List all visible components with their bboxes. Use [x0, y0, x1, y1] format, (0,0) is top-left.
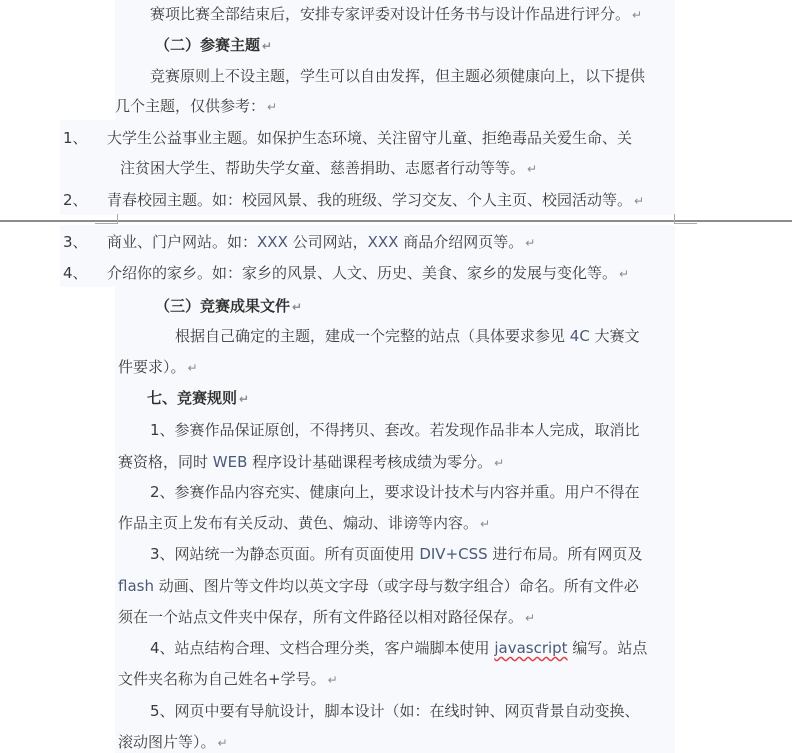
- section-heading-deliverables: （三）竞赛成果文件↵: [155, 296, 302, 317]
- spellcheck-word[interactable]: javascript: [494, 639, 567, 657]
- text: 作品主页上发布有关反动、黄色、煽动、诽谤等内容。: [118, 514, 478, 532]
- list-number: 1、: [63, 128, 88, 148]
- text: 几个主题，仅供参考：: [115, 97, 265, 115]
- paragraph-mark-icon: ↵: [480, 517, 490, 531]
- text: 4、站点结构合理、文档合理分类，客户端脚本使用: [150, 639, 494, 657]
- paragraph-mark-icon: ↵: [494, 456, 504, 470]
- text: 介绍你的家乡。如：家乡的风景、人文、历史、美食、家乡的发展与变化等。: [107, 264, 617, 282]
- crop-mark-right: [674, 223, 697, 224]
- rule-line: 赛资格，同时 WEB 程序设计基础课程考核成绩为零分。↵: [118, 452, 504, 473]
- rule-line: 5、网页中要有导航设计，脚本设计（如：在线时钟、网页背景自动变换、: [150, 701, 640, 721]
- text: 2、参赛作品内容充实、健康向上，要求设计技术与内容并重。用户不得在: [150, 483, 640, 501]
- paragraph-mark-icon: ↵: [262, 39, 272, 53]
- section-heading-rules: 七、竞赛规则↵: [147, 388, 249, 409]
- crop-mark-left: [95, 223, 118, 224]
- text: 赛资格，同时: [118, 453, 213, 471]
- text: 件要求）。: [118, 358, 186, 376]
- text: 进行布局。所有网页及: [488, 545, 643, 563]
- paragraph-line: 件要求）。↵: [118, 357, 198, 378]
- text: 文件夹名称为自己姓名+学号。: [118, 670, 326, 688]
- latin-text: XXX: [368, 233, 399, 251]
- list-number: 3、: [63, 232, 88, 252]
- paragraph-line: 竞赛原则上不设主题，学生可以自由发挥，但主题必须健康向上，以下提供: [150, 66, 645, 86]
- list-item-text: 商业、门户网站。如：XXX 公司网站，XXX 商品介绍网页等。↵: [107, 232, 535, 253]
- paragraph-mark-icon: ↵: [328, 673, 338, 687]
- list-number: 4、: [63, 263, 88, 283]
- latin-text: XXX: [257, 233, 288, 251]
- paragraph-line: 赛项比赛全部结束后，安排专家评委对设计任务书与设计作品进行评分。↵: [150, 4, 642, 25]
- text: 赛项比赛全部结束后，安排专家评委对设计任务书与设计作品进行评分。: [150, 5, 630, 23]
- text: 青春校园主题。如：校园风景、我的班级、学习交友、个人主页、校园活动等。: [107, 191, 632, 209]
- crop-mark-right-v: [674, 214, 675, 224]
- latin-text: WEB: [213, 453, 248, 471]
- text: 1、参赛作品保证原创，不得拷贝、套改。若发现作品非本人完成，取消比: [150, 421, 640, 439]
- latin-text: 4C: [570, 327, 590, 345]
- rule-line: 滚动图片等）。↵: [118, 732, 228, 753]
- section-heading-theme: （二）参赛主题↵: [155, 35, 272, 56]
- text: 5、网页中要有导航设计，脚本设计（如：在线时钟、网页背景自动变换、: [150, 702, 640, 720]
- latin-text: flash: [118, 577, 154, 595]
- paragraph-mark-icon: ↵: [218, 736, 228, 750]
- text: 3、网站统一为静态页面。所有页面使用: [150, 545, 419, 563]
- list-item-text: 青春校园主题。如：校园风景、我的班级、学习交友、个人主页、校园活动等。↵: [107, 190, 644, 211]
- rule-line: 3、网站统一为静态页面。所有页面使用 DIV+CSS 进行布局。所有网页及: [150, 544, 642, 564]
- text: 滚动图片等）。: [118, 733, 216, 751]
- paragraph-mark-icon: ↵: [239, 392, 249, 406]
- text: 商品介绍网页等。: [398, 233, 523, 251]
- rule-line: 1、参赛作品保证原创，不得拷贝、套改。若发现作品非本人完成，取消比: [150, 420, 640, 440]
- list-item-text: 注贫困大学生、帮助失学女童、慈善捐助、志愿者行动等等。↵: [120, 158, 537, 179]
- text: 公司网站，: [288, 233, 368, 251]
- list-item-text: 大学生公益事业主题。如保护生态环境、关注留守儿童、拒绝毒品关爱生命、关: [107, 128, 632, 148]
- paragraph-mark-icon: ↵: [525, 611, 535, 625]
- heading-text: （三）竞赛成果文件: [155, 297, 290, 315]
- list-item-text: 介绍你的家乡。如：家乡的风景、人文、历史、美食、家乡的发展与变化等。↵: [107, 263, 629, 284]
- text: 竞赛原则上不设主题，学生可以自由发挥，但主题必须健康向上，以下提供: [150, 67, 645, 85]
- heading-text: （二）参赛主题: [155, 36, 260, 54]
- paragraph-mark-icon: ↵: [527, 162, 537, 176]
- paragraph-mark-icon: ↵: [525, 236, 535, 250]
- paragraph-mark-icon: ↵: [634, 194, 644, 208]
- text: 大赛文: [590, 327, 640, 345]
- text: 动画、图片等文件均以英文字母（或字母与数字组合）命名。所有文件必: [154, 577, 639, 595]
- paragraph-mark-icon: ↵: [188, 361, 198, 375]
- list-number: 2、: [63, 190, 88, 210]
- paragraph-mark-icon: ↵: [267, 100, 277, 114]
- rule-line: flash 动画、图片等文件均以英文字母（或字母与数字组合）命名。所有文件必: [118, 576, 639, 596]
- rule-line: 须在一个站点文件夹中保存，所有文件路径以相对路径保存。↵: [118, 607, 535, 628]
- latin-text: DIV+CSS: [419, 545, 487, 563]
- paragraph-mark-icon: ↵: [292, 300, 302, 314]
- text: 注贫困大学生、帮助失学女童、慈善捐助、志愿者行动等等。: [120, 159, 525, 177]
- heading-text: 七、竞赛规则: [147, 389, 237, 407]
- rule-line: 4、站点结构合理、文档合理分类，客户端脚本使用 javascript 编写。站点: [150, 638, 647, 658]
- text: 大学生公益事业主题。如保护生态环境、关注留守儿童、拒绝毒品关爱生命、关: [107, 129, 632, 147]
- rule-line: 作品主页上发布有关反动、黄色、煽动、诽谤等内容。↵: [118, 513, 490, 534]
- rule-line: 文件夹名称为自己姓名+学号。↵: [118, 669, 338, 690]
- text: 编写。站点: [568, 639, 648, 657]
- paragraph-line: 几个主题，仅供参考：↵: [115, 96, 277, 117]
- text: 须在一个站点文件夹中保存，所有文件路径以相对路径保存。: [118, 608, 523, 626]
- paragraph-mark-icon: ↵: [619, 267, 629, 281]
- text: 程序设计基础课程考核成绩为零分。: [247, 453, 492, 471]
- crop-mark-left-v: [117, 214, 118, 224]
- rule-line: 2、参赛作品内容充实、健康向上，要求设计技术与内容并重。用户不得在: [150, 482, 640, 502]
- paragraph-line: 根据自己确定的主题，建成一个完整的站点（具体要求参见 4C 大赛文: [175, 326, 640, 346]
- text: 根据自己确定的主题，建成一个完整的站点（具体要求参见: [175, 327, 570, 345]
- text: 商业、门户网站。如：: [107, 233, 257, 251]
- paragraph-mark-icon: ↵: [632, 8, 642, 22]
